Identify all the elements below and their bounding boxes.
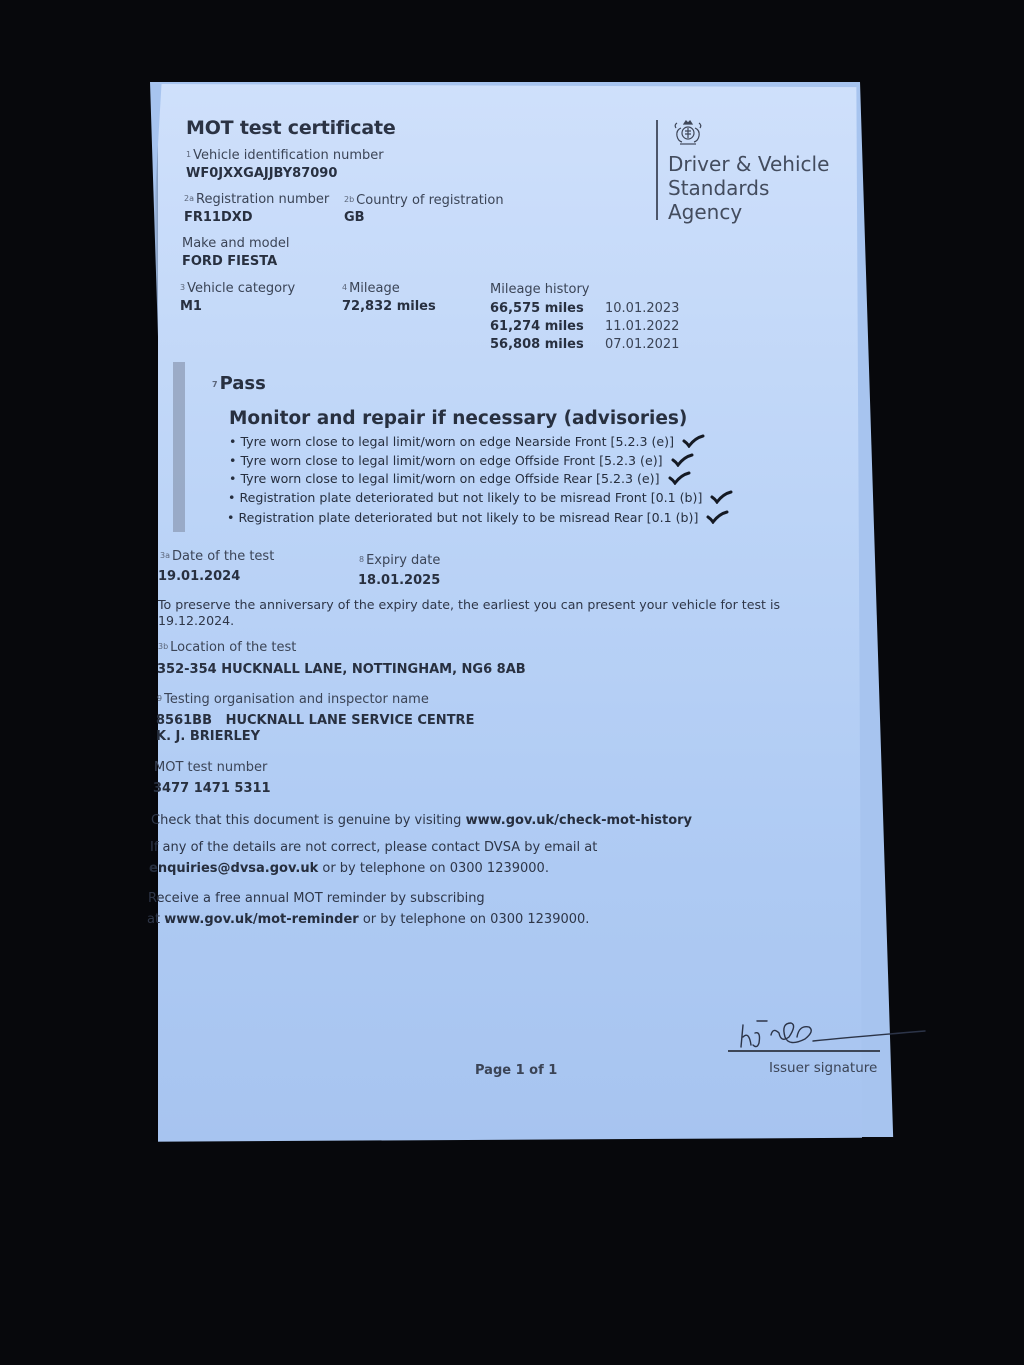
category-label: 3Vehicle category — [180, 281, 295, 296]
agency-divider — [656, 120, 658, 220]
advisory-text: Registration plate deteriorated but not … — [238, 510, 698, 525]
mileage-history-date-2: 11.01.2022 — [605, 319, 679, 334]
checkmark-icon — [682, 434, 706, 451]
royal-crest-icon — [668, 118, 708, 148]
field-marker: 3 — [180, 283, 185, 292]
advisory-item: •Registration plate deteriorated but not… — [228, 490, 734, 507]
advisory-text: Tyre worn close to legal limit/worn on e… — [240, 471, 659, 486]
advisory-text: Tyre worn close to legal limit/worn on e… — [240, 453, 662, 468]
test-result: 7Pass — [212, 373, 266, 394]
country-value: GB — [344, 210, 365, 225]
agency-line-3: Agency — [668, 200, 829, 224]
contact-text-line-2: enquiries@dvsa.gov.uk or by telephone on… — [149, 861, 549, 876]
bullet-icon: • — [229, 453, 236, 468]
make-model-label: Make and model — [182, 236, 289, 251]
reminder-text-line-1: Receive a free annual MOT reminder by su… — [148, 891, 485, 906]
bullet-icon: • — [227, 510, 234, 525]
page-number: Page 1 of 1 — [475, 1063, 557, 1078]
testing-organisation: 8561BB HUCKNALL LANE SERVICE CENTRE — [156, 713, 474, 728]
country-label: 2bCountry of registration — [344, 193, 504, 208]
field-marker: 1 — [186, 150, 191, 159]
test-number-label: MOT test number — [154, 760, 267, 775]
contact-email-link[interactable]: enquiries@dvsa.gov.uk — [149, 861, 318, 876]
field-marker: 7 — [212, 380, 218, 389]
field-marker: 2b — [344, 195, 354, 204]
test-date-label: 3aDate of the test — [160, 549, 274, 564]
field-marker: 9 — [157, 694, 162, 703]
mileage-history-label: Mileage history — [490, 282, 590, 297]
vin-value: WF0JXXGAJJBY87090 — [186, 166, 337, 181]
registration-value: FR11DXD — [184, 210, 253, 225]
field-marker: 3a — [160, 551, 170, 560]
test-date-value: 19.01.2024 — [158, 569, 240, 584]
advisories-title: Monitor and repair if necessary (advisor… — [229, 408, 687, 429]
field-marker: 4 — [342, 283, 347, 292]
mileage-label: 4Mileage — [342, 281, 400, 296]
contact-text-line-1: If any of the details are not correct, p… — [150, 840, 597, 855]
checkmark-icon — [668, 471, 692, 488]
advisory-item: •Tyre worn close to legal limit/worn on … — [229, 453, 695, 470]
issuer-signature-label: Issuer signature — [769, 1060, 877, 1076]
signature-icon — [735, 1005, 930, 1055]
advisory-text: Registration plate deteriorated but not … — [239, 490, 702, 505]
reminder-text-line-2: at www.gov.uk/mot-reminder or by telepho… — [147, 912, 589, 927]
agency-name: Driver & Vehicle Standards Agency — [668, 152, 829, 224]
document-title: MOT test certificate — [186, 117, 396, 139]
tester-label: 9Testing organisation and inspector name — [157, 692, 429, 707]
check-mot-history-link[interactable]: www.gov.uk/check-mot-history — [466, 813, 692, 828]
mileage-history-date-3: 07.01.2021 — [605, 337, 679, 352]
anniversary-note-line-1: To preserve the anniversary of the expir… — [158, 597, 780, 612]
vin-label: 1Vehicle identification number — [186, 148, 384, 163]
checkmark-icon — [710, 490, 734, 507]
expiry-date-label: 8Expiry date — [359, 553, 440, 568]
test-number-value: 3477 1471 5311 — [153, 781, 271, 796]
field-marker: 8 — [359, 555, 364, 564]
checkmark-icon — [706, 510, 730, 527]
advisory-text: Tyre worn close to legal limit/worn on e… — [240, 434, 674, 449]
mileage-history-miles-2: 61,274 miles — [490, 319, 584, 334]
bullet-icon: • — [228, 490, 235, 505]
advisory-item: •Tyre worn close to legal limit/worn on … — [229, 471, 692, 488]
advisory-item: •Tyre worn close to legal limit/worn on … — [229, 434, 706, 451]
mot-reminder-link[interactable]: www.gov.uk/mot-reminder — [164, 912, 358, 927]
registration-label: 2aRegistration number — [184, 192, 329, 207]
location-address: 352-354 HUCKNALL LANE, NOTTINGHAM, NG6 8… — [157, 662, 526, 677]
mileage-value: 72,832 miles — [342, 299, 436, 314]
advisory-item: •Registration plate deteriorated but not… — [227, 510, 730, 527]
category-value: M1 — [180, 299, 202, 314]
field-marker: 2a — [184, 194, 194, 203]
checkmark-icon — [671, 453, 695, 470]
field-marker: 3b — [158, 642, 168, 651]
bullet-icon: • — [229, 471, 236, 486]
result-status: Pass — [220, 373, 266, 394]
expiry-date-value: 18.01.2025 — [358, 573, 440, 588]
signature-line — [728, 1050, 880, 1052]
anniversary-note-line-2: 19.12.2024. — [158, 613, 234, 628]
agency-line-1: Driver & Vehicle — [668, 152, 829, 176]
bullet-icon: • — [229, 434, 236, 449]
make-model-value: FORD FIESTA — [182, 254, 277, 269]
location-label: 3bLocation of the test — [158, 640, 296, 655]
mileage-history-miles-1: 66,575 miles — [490, 301, 584, 316]
agency-line-2: Standards — [668, 176, 829, 200]
mileage-history-miles-3: 56,808 miles — [490, 337, 584, 352]
inspector-name: K. J. BRIERLEY — [156, 729, 260, 744]
check-genuine-text: Check that this document is genuine by v… — [151, 813, 692, 828]
result-margin-bar — [173, 362, 185, 532]
mileage-history-date-1: 10.01.2023 — [605, 301, 679, 316]
